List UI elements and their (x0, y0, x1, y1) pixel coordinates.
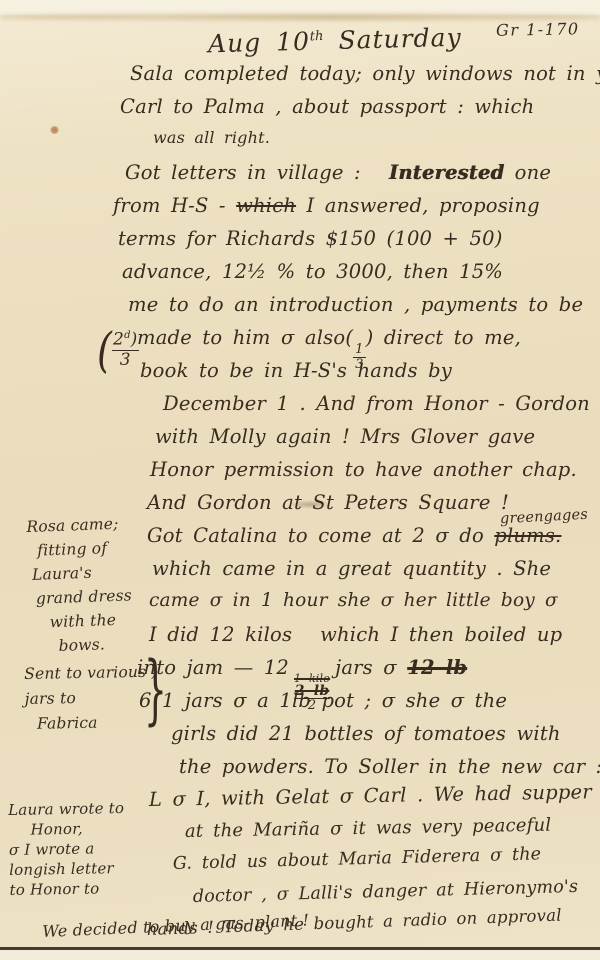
text-segment: which came in a great quantity . She (152, 557, 551, 580)
scanned-manuscript-page: { "document": { "ref_code": "Gr 1-170", … (0, 0, 600, 960)
text-segment: 12 lb (407, 656, 467, 679)
text-segment: Interested (389, 161, 504, 184)
text-segment: from H-S - (113, 194, 236, 217)
manuscript-line: I did 12 kiloswhich I then boiled up (149, 623, 591, 656)
fraction-denominator: 3 (112, 351, 138, 370)
heading-ordinal: th (310, 29, 324, 44)
text-segment: 6 1 jars σ a 1lb pot ; σ she σ the (139, 689, 507, 712)
manuscript-line: was all right. (153, 128, 591, 161)
inline-fraction: (13) (345, 326, 373, 349)
text-segment: advance, 12½ % to 3000, then 15% (122, 260, 503, 283)
manuscript-line: Sala completed today; only windows not i… (130, 62, 591, 95)
margin-note-line: σ I wrote a (9, 838, 125, 860)
manuscript-line: with Molly again ! Mrs Glover gave (155, 425, 591, 458)
torn-paper-top-edge (0, 0, 600, 15)
text-segment: Got letters in village : (125, 161, 361, 184)
manuscript-line: book to be in H-S's hands by (140, 359, 591, 392)
text-segment: which I then boiled up (320, 623, 562, 646)
text-segment: Sala completed today; only windows not i… (130, 62, 600, 85)
text-segment: December 1 . And from Honor - Gordon (163, 392, 590, 415)
margin-note-rosa: Rosa came;fitting ofLaura'sgrand dresswi… (26, 511, 134, 659)
fraction-paren: ( (97, 323, 112, 378)
text-segment: Got Catalina to come at 2 σ do (147, 524, 494, 547)
margin-note-line: to Honor to (9, 878, 125, 900)
archive-ref-code: Gr 1-170 (496, 19, 580, 39)
margin-note-line: Honor, (30, 818, 124, 840)
manuscript-line: Honor permission to have another chap. (150, 458, 591, 491)
manuscript-line: Got Catalina to come at 2 σ do greengage… (147, 524, 591, 557)
margin-note-line: Rosa came; (26, 511, 130, 539)
text-segment: made to him σ also (137, 326, 345, 349)
fraction-numerator: 2d) (112, 330, 138, 350)
heading-date: Aug 10 (208, 27, 311, 59)
manuscript-line: Got letters in village :Interested one (125, 161, 591, 194)
text-segment: me to do an introduction , payments to b… (128, 293, 583, 316)
margin-note-line: Laura wrote to (8, 798, 124, 820)
margin-note-laura-letter: Laura wrote toHonor,σ I wrote alongish l… (8, 798, 126, 900)
margin-note-line: bows. (58, 631, 134, 658)
text-segment: direct to me, (373, 326, 521, 349)
margin-note-line: Laura's (32, 559, 132, 586)
inserted-word: greengages (500, 507, 589, 528)
margin-note-line: longish letter (9, 858, 125, 880)
brace-mark: } (144, 648, 167, 734)
fraction-numerator-value: 2 (113, 330, 124, 350)
text-segment: book to be in H-S's hands by (140, 359, 452, 382)
text-segment: Carl to Palma , about passport : which (120, 95, 534, 118)
text-segment: terms for Richards $150 (100 + 50) (118, 227, 503, 250)
fraction-numerator-superscript: d (124, 330, 131, 341)
text-segment: girls did 21 bottles of tomatoes with (171, 722, 561, 745)
manuscript-line: girls did 21 bottles of tomatoes with (171, 722, 591, 755)
manuscript-body: Sala completed today; only windows not i… (125, 62, 591, 953)
text-segment: jars σ (335, 656, 407, 679)
manuscript-line: came σ in 1 hour she σ her little boy σ (149, 590, 591, 623)
margin-note-jars: Sent to various )jars toFabrica (24, 660, 159, 737)
text-segment: the powders. To Soller in the new car : (179, 755, 600, 778)
text-segment: I did 12 kilos (149, 623, 292, 646)
manuscript-line: me to do an introduction , payments to b… (128, 293, 591, 326)
manuscript-line: 6 1 jars σ a 1lb pot ; σ she σ the (139, 689, 591, 722)
manuscript-line: December 1 . And from Honor - Gordon (163, 392, 591, 425)
ink-stain (50, 126, 59, 134)
margin-note-line: Fabrica (37, 710, 159, 737)
text-segment: one (504, 161, 551, 184)
fraction-close-paren: ) (131, 330, 138, 350)
manuscript-line: made to him σ also(13) direct to me, (137, 326, 591, 359)
manuscript-line: which came in a great quantity . She (152, 557, 591, 590)
margin-note-line: grand dress (36, 583, 133, 610)
margin-note-line: fitting of (37, 535, 131, 562)
text-segment: Honor permission to have another chap. (150, 458, 577, 481)
text-segment: I answered, proposing (296, 194, 540, 217)
text-segment: with Molly again ! Mrs Glover gave (155, 425, 535, 448)
text-segment: And Gordon at St Peters Square ! (147, 491, 509, 514)
manuscript-line: into jam — 121 kilo2 lb2jars σ 12 lb (137, 656, 591, 689)
fraction-column: 2d) 3 (112, 330, 138, 369)
manuscript-line: Carl to Palma , about passport : which (120, 95, 591, 128)
corrected-word: greengagesplums. (494, 524, 561, 547)
text-segment: was all right. (153, 128, 270, 147)
manuscript-line: advance, 12½ % to 3000, then 15% (122, 260, 591, 293)
margin-fraction-note: ( 2d) 3 (97, 328, 139, 372)
manuscript-line: from H-S - which I answered, proposing (113, 194, 591, 227)
heading-day: Saturday (323, 23, 462, 56)
margin-note-line: jars to (24, 685, 158, 712)
text-segment: which (236, 194, 296, 217)
paper-bottom-edge (0, 947, 600, 960)
margin-note-line: Sent to various ) (24, 660, 158, 687)
manuscript-line: terms for Richards $150 (100 + 50) (118, 227, 591, 260)
text-segment: came σ in 1 hour she σ her little boy σ (149, 590, 558, 611)
margin-note-line: with the (49, 607, 133, 634)
